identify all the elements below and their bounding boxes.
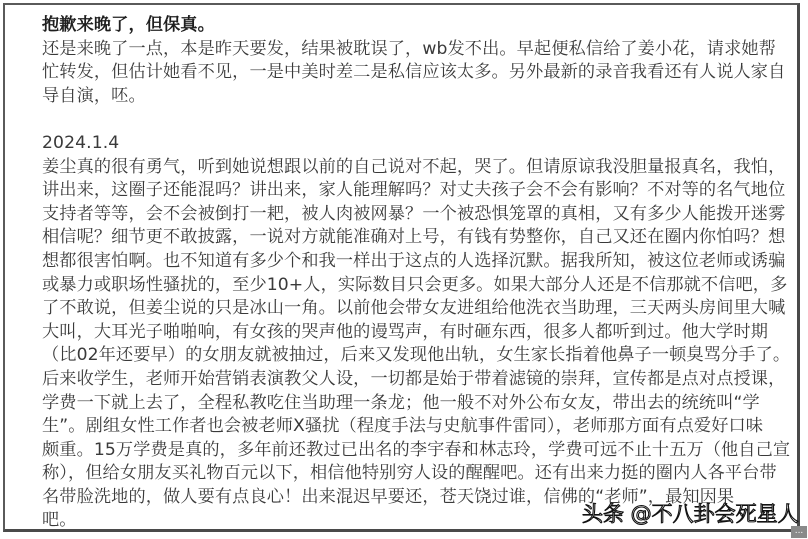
body-line: 相信呢？细节更不敢披露，一说对方就能准确对上号，有钱有势整你，自己又还在圈内你怕… bbox=[42, 226, 802, 250]
resize-grip-icon[interactable]: ... bbox=[791, 526, 807, 538]
text-panel: 抱歉来晚了，但保真。 还是来晚了一点，本是昨天要发，结果被耽误了，wb发不出。早… bbox=[3, 3, 800, 532]
body-line: 姜尘真的很有勇气，听到她说想跟以前的自己说对不起，哭了。但请原谅我没胆量报真名，… bbox=[42, 156, 802, 180]
body-line: 或暴力或职场性骚扰的，至少10+人，实际数目只会更多。如果大部分人还是不信那就不… bbox=[42, 274, 802, 298]
intro-line: 导自演，呸。 bbox=[42, 85, 802, 109]
body-line: 大叫，大耳光子啪啪响，有女孩的哭声他的谩骂声，有时砸东西，很多人都听到过。他大学… bbox=[42, 321, 802, 345]
post-content: 抱歉来晚了，但保真。 还是来晚了一点，本是昨天要发，结果被耽误了，wb发不出。早… bbox=[42, 14, 802, 533]
body-line: 颇重。15万学费是真的，多年前还教过已出名的李宇春和林志玲，学费可远不止十五万（… bbox=[42, 439, 802, 463]
paragraph-gap bbox=[42, 108, 802, 132]
body-line: 称），但给女朋友买礼物百元以下，相信他特别穷人设的醒醒吧。还有出来力挺的圈内人各… bbox=[42, 462, 802, 486]
post-date: 2024.1.4 bbox=[42, 132, 802, 156]
post-title: 抱歉来晚了，但保真。 bbox=[42, 14, 802, 38]
body-line: 了不敢说，但姜尘说的只是冰山一角。以前他会带女友进组给他洗衣当助理，三天两头房间… bbox=[42, 297, 802, 321]
intro-line: 忙转发，但估计她看不见，一是中美时差二是私信应该太多。另外最新的录音我看还有人说… bbox=[42, 61, 802, 85]
body-line: 学费一下就上去了，全程私教吃住当助理一条龙；他一般不对外公布女友，带出去的统统叫… bbox=[42, 392, 802, 416]
watermark-text: 头条 @不八卦会死星人 bbox=[582, 498, 799, 528]
intro-line: 还是来晚了一点，本是昨天要发，结果被耽误了，wb发不出。早起便私信给了姜小花，请… bbox=[42, 38, 802, 62]
body-line: 讲出来，这圈子还能混吗？讲出来，家人能理解吗？对丈夫孩子会不会有影响？不对等的名… bbox=[42, 179, 802, 203]
body-line: 想都很害怕啊。也不知道有多少个和我一样出于这点的人选择沉默。据我所知，被这位老师… bbox=[42, 250, 802, 274]
body-line: 后来收学生，老师开始营销表演教父人设，一切都是始于带着滤镜的崇拜，宣传都是点对点… bbox=[42, 368, 802, 392]
body-line: 支持者等等，会不会被倒打一耙，被人肉被网暴？一个被恐惧笼罩的真相，又有多少人能拨… bbox=[42, 203, 802, 227]
body-line: 生”。剧组女性工作者也会被老师X骚扰（程度手法与史航事件雷同），老师那方面有点爱… bbox=[42, 415, 802, 439]
body-line: （比02年还要早）的女朋友就被抽过，后来又发现他出轨，女生家长指着他鼻子一顿臭骂… bbox=[42, 344, 802, 368]
